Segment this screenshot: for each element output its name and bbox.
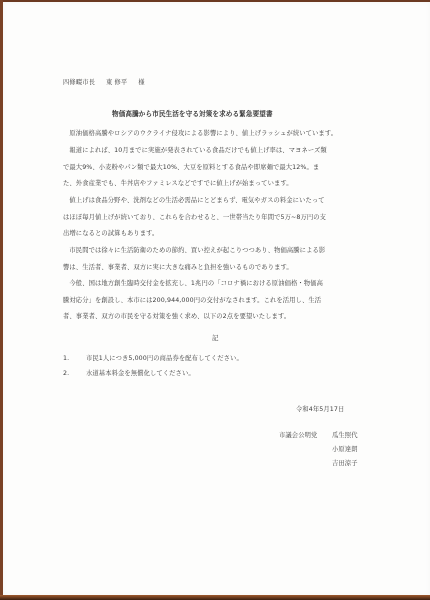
request-number: 2.	[63, 368, 69, 379]
body-line: で最大9%、小麦粉やパン類で最大10%、大豆を原料とする食品や即席麺で最大12%…	[63, 162, 319, 173]
request-text: 水道基本料金を無償化してください。	[86, 368, 195, 379]
body-line: た、外食産業でも、牛丼店やファミレスなどですでに値上げが始まっています。	[63, 178, 293, 189]
body-line: 今般、国は地方創生臨時交付金を拡充し、1兆円の「コロナ禍における原油価格・物価高	[63, 278, 323, 289]
body-line: 響は、生活者、事業者、双方に実に大きな痛みと負担を強いるものであります。	[63, 262, 293, 273]
addressee-line: 四條畷市長東 修平様	[63, 77, 156, 88]
body-line: 騰対応分」を創設し、本市には200,944,000円の交付がなされます。これを活…	[63, 295, 321, 306]
desk-edge-bottom	[0, 595, 430, 600]
signature-member: 瓜生照代	[332, 430, 358, 441]
addressee-title: 四條畷市長	[63, 79, 95, 86]
body-line: 市民間では徐々に生活防衛のための節約、買い控えが起こりつつあり、物価高騰による影	[63, 245, 325, 256]
body-line: はほぼ毎月値上げが続いており、これらを合わせると、一世帯当たり年間で5万~8万円…	[63, 212, 326, 223]
document-date: 令和4年5月17日	[296, 404, 344, 415]
body-line: 値上げは食品分野や、洗剤などの生活必需品にとどまらず、電気やガスの料金にいたって	[63, 195, 325, 206]
signature-member: 吉田涼子	[332, 458, 358, 469]
addressee-honorific: 様	[138, 79, 144, 86]
signature-member: 小原達朗	[332, 444, 358, 455]
body-line: 出増になるとの試算もあります。	[63, 228, 158, 239]
ki-marker: 記	[212, 333, 219, 344]
addressee-name: 東 修平	[106, 79, 127, 86]
signature-organization: 市議会公明党	[279, 430, 317, 441]
body-line: 報道によれば、10月までに実施が発表されている食品だけでも値上げ率は、マヨネーズ…	[63, 145, 327, 156]
body-line: 原油価格高騰やロシアのウクライナ侵攻による影響により、値上げラッシュが続いていま…	[63, 128, 337, 139]
request-number: 1.	[63, 353, 69, 364]
body-line: 者、事業者、双方の市民を守る対策を強く求め、以下の2点を要望いたします。	[63, 311, 290, 322]
request-text: 市民1人につき5,000円の商品券を配布してください。	[86, 353, 243, 364]
document-heading: 物価高騰から市民生活を守る対策を求める緊急要望書	[112, 109, 273, 120]
